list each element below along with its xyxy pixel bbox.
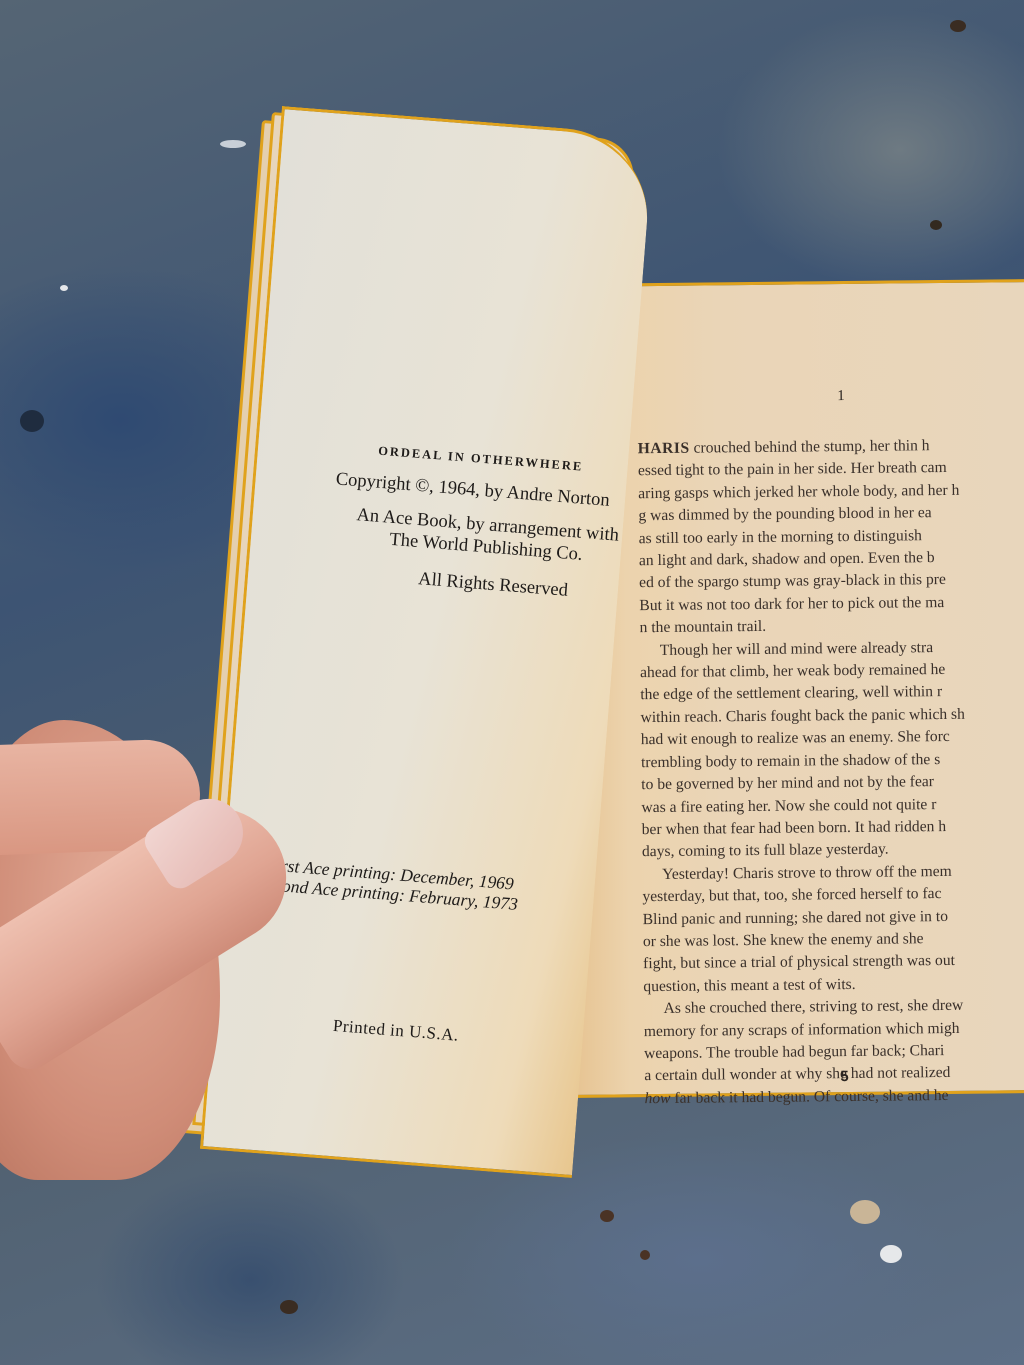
background-speck [640, 1250, 650, 1260]
background-speck [60, 285, 68, 291]
title-block: ORDEAL IN OTHERWHERE Copyright ©, 1964, … [368, 444, 638, 607]
background-speck [880, 1245, 902, 1263]
chapter-body-text: HARIS crouched behind the stump, her thi… [638, 433, 1024, 1110]
background-speck [850, 1200, 880, 1224]
chapter-number: 1 [837, 388, 845, 405]
background-speck [930, 220, 942, 230]
printed-in: Printed in U.S.A. [332, 1016, 459, 1046]
publisher-info: An Ace Book, by arrangement with The Wor… [341, 503, 634, 570]
rights-reserved: All Rights Reserved [358, 564, 629, 606]
italic-word: how [644, 1090, 670, 1107]
background-speck [220, 140, 246, 148]
background-speck [950, 20, 966, 32]
text-line: how far back it had begun. Of course, sh… [644, 1083, 1024, 1110]
book-title: ORDEAL IN OTHERWHERE [378, 444, 638, 479]
page-number: 5 [840, 1068, 849, 1085]
printing-history: First Ace printing: December, 1969 Secon… [263, 854, 520, 914]
background-speck [20, 410, 44, 432]
chapter-lead-word: HARIS [638, 440, 690, 458]
background-speck [600, 1210, 614, 1222]
background-speck [280, 1300, 298, 1314]
